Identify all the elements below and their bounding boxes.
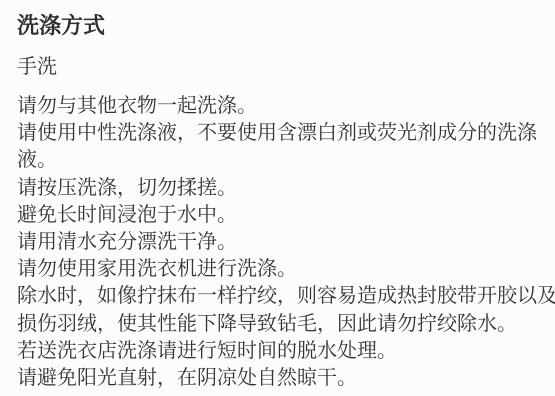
instructions-block: 请勿与其他衣物一起洗涤。 请使用中性洗涤液，不要使用含漂白剂或荧光剂成分的洗涤 … bbox=[17, 93, 543, 392]
instruction-line: 损伤羽绒，使其性能下降导致钻毛，因此请勿拧绞除水。 bbox=[17, 311, 543, 338]
instruction-line: 请勿与其他衣物一起洗涤。 bbox=[17, 93, 543, 120]
instruction-line: 请按压洗涤，切勿揉搓。 bbox=[17, 175, 543, 202]
instruction-line: 请用清水充分漂洗干净。 bbox=[17, 229, 543, 256]
wash-method-label: 手洗 bbox=[17, 54, 543, 81]
instruction-line: 请使用中性洗涤液，不要使用含漂白剂或荧光剂成分的洗涤 bbox=[17, 120, 543, 147]
instruction-line: 液。 bbox=[17, 147, 543, 174]
care-instructions-document: 洗涤方式 手洗 请勿与其他衣物一起洗涤。 请使用中性洗涤液，不要使用含漂白剂或荧… bbox=[0, 0, 555, 396]
instruction-line: 请避免阳光直射，在阴凉处自然晾干。 bbox=[17, 365, 543, 392]
instruction-line: 请勿使用家用洗衣机进行洗涤。 bbox=[17, 256, 543, 283]
section-title: 洗涤方式 bbox=[17, 13, 543, 39]
instruction-line: 避免长时间浸泡于水中。 bbox=[17, 202, 543, 229]
instruction-line: 若送洗衣店洗涤请进行短时间的脱水处理。 bbox=[17, 338, 543, 365]
instruction-line: 除水时，如像拧抹布一样拧绞，则容易造成热封胶带开胶以及 bbox=[17, 283, 543, 310]
